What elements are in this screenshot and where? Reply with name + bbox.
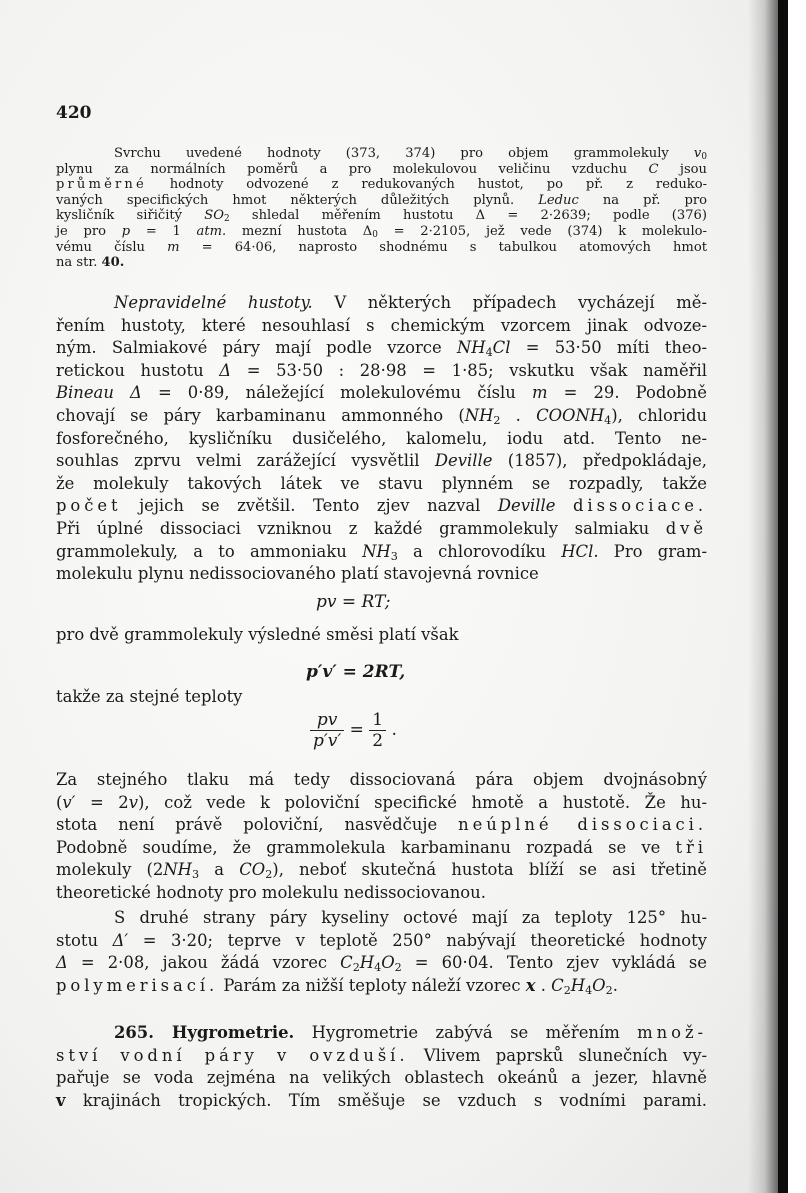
text-line: ství vodní páry v ovzduší. Vlivem paprsk… [56,1045,707,1068]
formula-ratio: pv p′v′ = 1 2 . [310,710,397,751]
text-line: molekuly (2NH3 a CO2), neboť skutečná hu… [56,859,707,882]
page-number: 420 [56,103,92,123]
paragraph-same-pressure: Za stejného tlaku má tedy dissociovaná p… [56,769,707,905]
text-line: v krajinách tropických. Tím směšuje se v… [56,1090,707,1113]
text-line: plynu za normálních poměrů a pro molekul… [56,162,707,178]
text-line: na str. 40. [56,255,707,271]
text-line: (v′ = 2v), což vede k poloviční specific… [56,792,707,815]
text-line: theoretické hodnoty pro molekulu nedisso… [56,882,707,905]
text-line: Podobně soudíme, že grammolekula karbami… [56,837,707,860]
text-line: stota není právě poloviční, nasvědčuje n… [56,814,707,837]
text-same-temperature: takže za stejné teploty [56,686,707,709]
page-binding-edge [778,0,788,1193]
text-line: fosforečného, kysličníku dusičelého, kal… [56,428,707,451]
scan-margin [788,0,806,1193]
text-line: Za stejného tlaku má tedy dissociovaná p… [56,769,707,792]
text-line: pro dvě grammolekuly výsledné směsi plat… [56,624,707,647]
text-line: vému číslu m = 64·06, naprosto shodnému … [56,240,707,256]
text-line: retickou hustotu Δ = 53·50 : 28·98 = 1·8… [56,360,707,383]
text-line: stotu Δ′ = 3·20; teprve v teplotě 250° n… [56,930,707,953]
small-print-paragraph: Svrchu uvedené hodnoty (373, 374) pro ob… [56,146,707,271]
text-line: Svrchu uvedené hodnoty (373, 374) pro ob… [56,146,707,162]
text-line: Bineau Δ = 0·89, náležející molekulovému… [56,382,707,405]
text-line: kysličník siřičitý SO2 shledal měřením h… [56,208,707,224]
text-line: řením hustoty, které nesouhlasí s chemic… [56,315,707,338]
text-line: chovají se páry karbaminanu ammonného (N… [56,405,707,428]
text-line: souhlas zprvu velmi zarážející vysvětlil… [56,450,707,473]
paragraph-irregular-densities: Nepravidelné hustoty. V některých případ… [56,292,707,586]
fraction-one-half: 1 2 [369,710,386,751]
paragraph-acetic-acid: S druhé strany páry kyseliny octové mají… [56,907,707,997]
text-line: průměrné hodnoty odvozené z redukovaných… [56,177,707,193]
section-265-hygrometry: 265. Hygrometrie. Hygrometrie zabývá se … [56,1022,707,1112]
formula-pv-rt: pv = RT; [316,592,391,612]
text-line: vaných specifických hmot některých důlež… [56,193,707,209]
text-line: polymerisací. Parám za nižší teploty nál… [56,975,707,998]
text-line: grammolekuly, a to ammoniaku NH3 a chlor… [56,541,707,564]
section-heading: 265. Hygrometrie. [114,1023,294,1042]
text-line: molekulu plynu nedissociovaného platí st… [56,563,707,586]
text-line: Nepravidelné hustoty. V některých případ… [56,292,707,315]
page-gutter-shadow [748,0,778,1193]
fraction-pv-over-p-v: pv p′v′ [310,710,344,751]
text-line: Při úplné dissociaci vzniknou z každé gr… [56,518,707,541]
text-two-grammolecules: pro dvě grammolekuly výsledné směsi plat… [56,624,707,647]
text-line: 265. Hygrometrie. Hygrometrie zabývá se … [56,1022,707,1045]
text-line: S druhé strany páry kyseliny octové mají… [56,907,707,930]
text-line: pařuje se voda zejména na velikých oblas… [56,1067,707,1090]
text-line: ným. Salmiakové páry mají podle vzorce N… [56,337,707,360]
text-line: takže za stejné teploty [56,686,707,709]
text-line: je pro p = 1 atm. mezní hustota Δ0 = 2·2… [56,224,707,240]
text-line: že molekuly takových látek ve stavu plyn… [56,473,707,496]
text-line: Δ = 2·08, jakou žádá vzorec C2H4O2 = 60·… [56,952,707,975]
formula-p-v-2rt: p′v′ = 2RT, [306,662,405,682]
text-line: počet jejich se zvětšil. Tento zjev nazv… [56,495,707,518]
